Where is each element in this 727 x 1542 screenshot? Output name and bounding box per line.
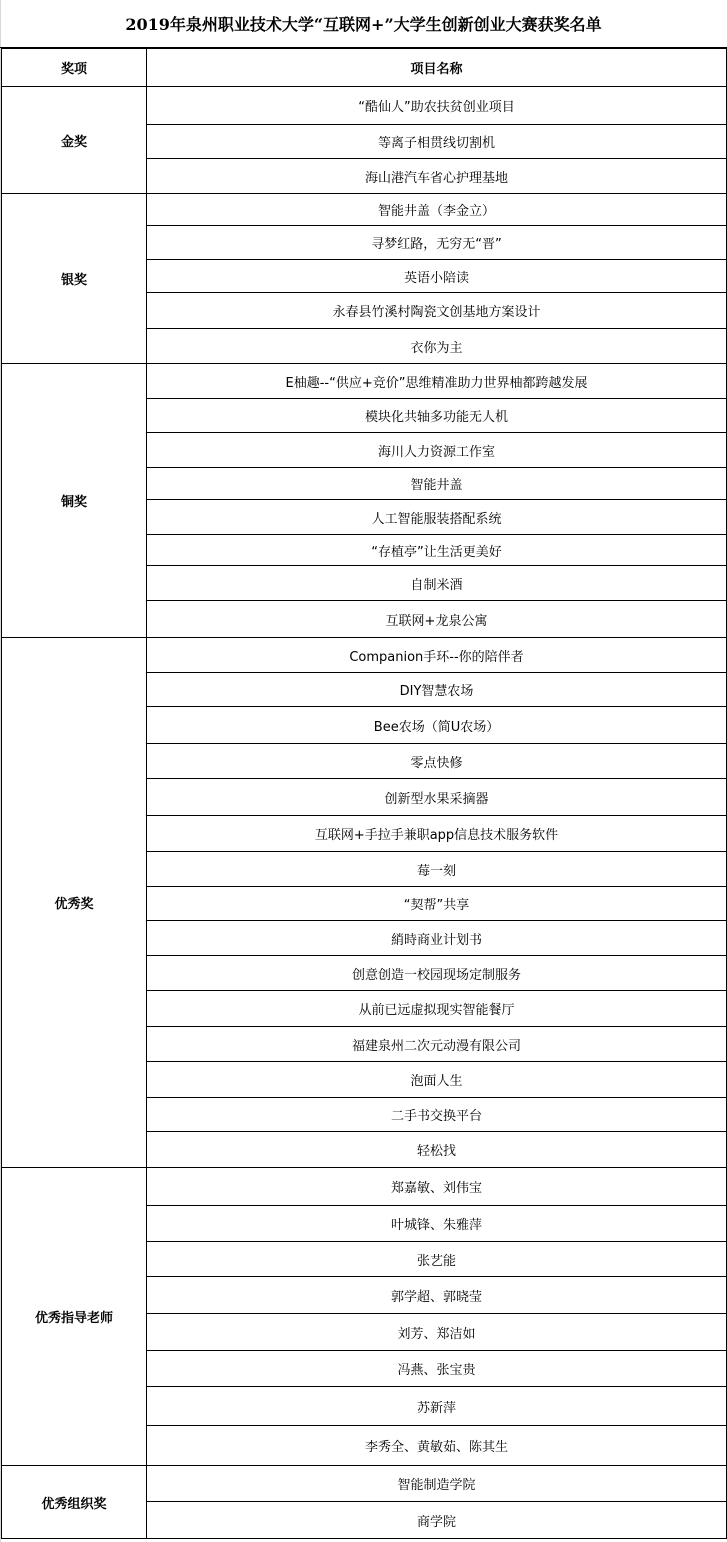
table-row: 银奖智能井盖（李金立） (2, 194, 727, 226)
project-name: DIY智慧农场 (147, 673, 727, 707)
award-category: 优秀指导老师 (2, 1168, 147, 1466)
project-name: 互联网+龙泉公寓 (147, 601, 727, 638)
project-name: 綃時商业计划书 (147, 921, 727, 956)
project-name: 英语小陪读 (147, 260, 727, 293)
table-header-row: 奖项 项目名称 (2, 49, 727, 87)
award-category: 银奖 (2, 194, 147, 364)
project-name: “存植亭”让生活更美好 (147, 535, 727, 566)
table-row: 优秀指导老师郑嘉敏、刘伟宝 (2, 1168, 727, 1206)
page-title: 2019年泉州职业技术大学“互联网+”大学生创新创业大赛获奖名单 (0, 0, 727, 48)
project-name: 创意创造一校园现场定制服务 (147, 956, 727, 991)
table-body: 金奖“酷仙人”助农扶贫创业项目等离子相贯线切割机海山港汽车省心护理基地银奖智能井… (2, 87, 727, 1539)
award-category: 铜奖 (2, 364, 147, 638)
project-name: 智能井盖 (147, 468, 727, 500)
table-row: 优秀组织奖智能制造学院 (2, 1466, 727, 1502)
project-name: “酷仙人”助农扶贫创业项目 (147, 87, 727, 125)
project-name: 二手书交换平台 (147, 1098, 727, 1132)
project-name: 刘芳、郑洁如 (147, 1314, 727, 1351)
table-row: 金奖“酷仙人”助农扶贫创业项目 (2, 87, 727, 125)
project-name: 轻松找 (147, 1132, 727, 1168)
project-name: Bee农场（简U农场） (147, 707, 727, 744)
project-name: 零点快修 (147, 744, 727, 779)
project-name: 福建泉州二次元动漫有限公司 (147, 1027, 727, 1062)
award-category: 优秀组织奖 (2, 1466, 147, 1539)
table-row: 铜奖E柚趣--“供应+竞价”思维精准助力世界柚都跨越发展 (2, 364, 727, 399)
project-name: 寻梦红路，无穷无“晋” (147, 226, 727, 260)
project-name: 从前已远虚拟现实智能餐厅 (147, 991, 727, 1027)
table-row: 优秀奖Companion手环--你的陪伴者 (2, 638, 727, 673)
project-name: 张艺能 (147, 1242, 727, 1277)
project-name: 商学院 (147, 1502, 727, 1539)
project-name: 泡面人生 (147, 1062, 727, 1098)
project-name: 莓一刻 (147, 852, 727, 887)
project-name: 郭学超、郭晓莹 (147, 1277, 727, 1314)
project-name: 人工智能服装搭配系统 (147, 500, 727, 535)
project-name: 模块化共轴多功能无人机 (147, 399, 727, 433)
project-name: 衣你为主 (147, 329, 727, 364)
header-project: 项目名称 (147, 49, 727, 87)
header-award: 奖项 (2, 49, 147, 87)
project-name: 冯燕、张宝贵 (147, 1351, 727, 1387)
project-name: 郑嘉敏、刘伟宝 (147, 1168, 727, 1206)
project-name: E柚趣--“供应+竞价”思维精准助力世界柚都跨越发展 (147, 364, 727, 399)
project-name: 李秀全、黄敏茹、陈其生 (147, 1426, 727, 1466)
award-category: 金奖 (2, 87, 147, 194)
project-name: 海山港汽车省心护理基地 (147, 159, 727, 194)
project-name: 智能井盖（李金立） (147, 194, 727, 226)
project-name: 海川人力资源工作室 (147, 433, 727, 468)
project-name: 苏新萍 (147, 1387, 727, 1426)
project-name: 永春县竹溪村陶瓷文创基地方案设计 (147, 293, 727, 329)
project-name: 互联网+手拉手兼职app信息技术服务软件 (147, 816, 727, 852)
award-table: 奖项 项目名称 金奖“酷仙人”助农扶贫创业项目等离子相贯线切割机海山港汽车省心护… (1, 48, 727, 1539)
project-name: “契帮”共享 (147, 887, 727, 921)
award-category: 优秀奖 (2, 638, 147, 1168)
project-name: 等离子相贯线切割机 (147, 125, 727, 159)
project-name: Companion手环--你的陪伴者 (147, 638, 727, 673)
project-name: 叶城锋、朱雅萍 (147, 1206, 727, 1242)
project-name: 自制米酒 (147, 566, 727, 601)
project-name: 智能制造学院 (147, 1466, 727, 1502)
project-name: 创新型水果采摘器 (147, 779, 727, 816)
